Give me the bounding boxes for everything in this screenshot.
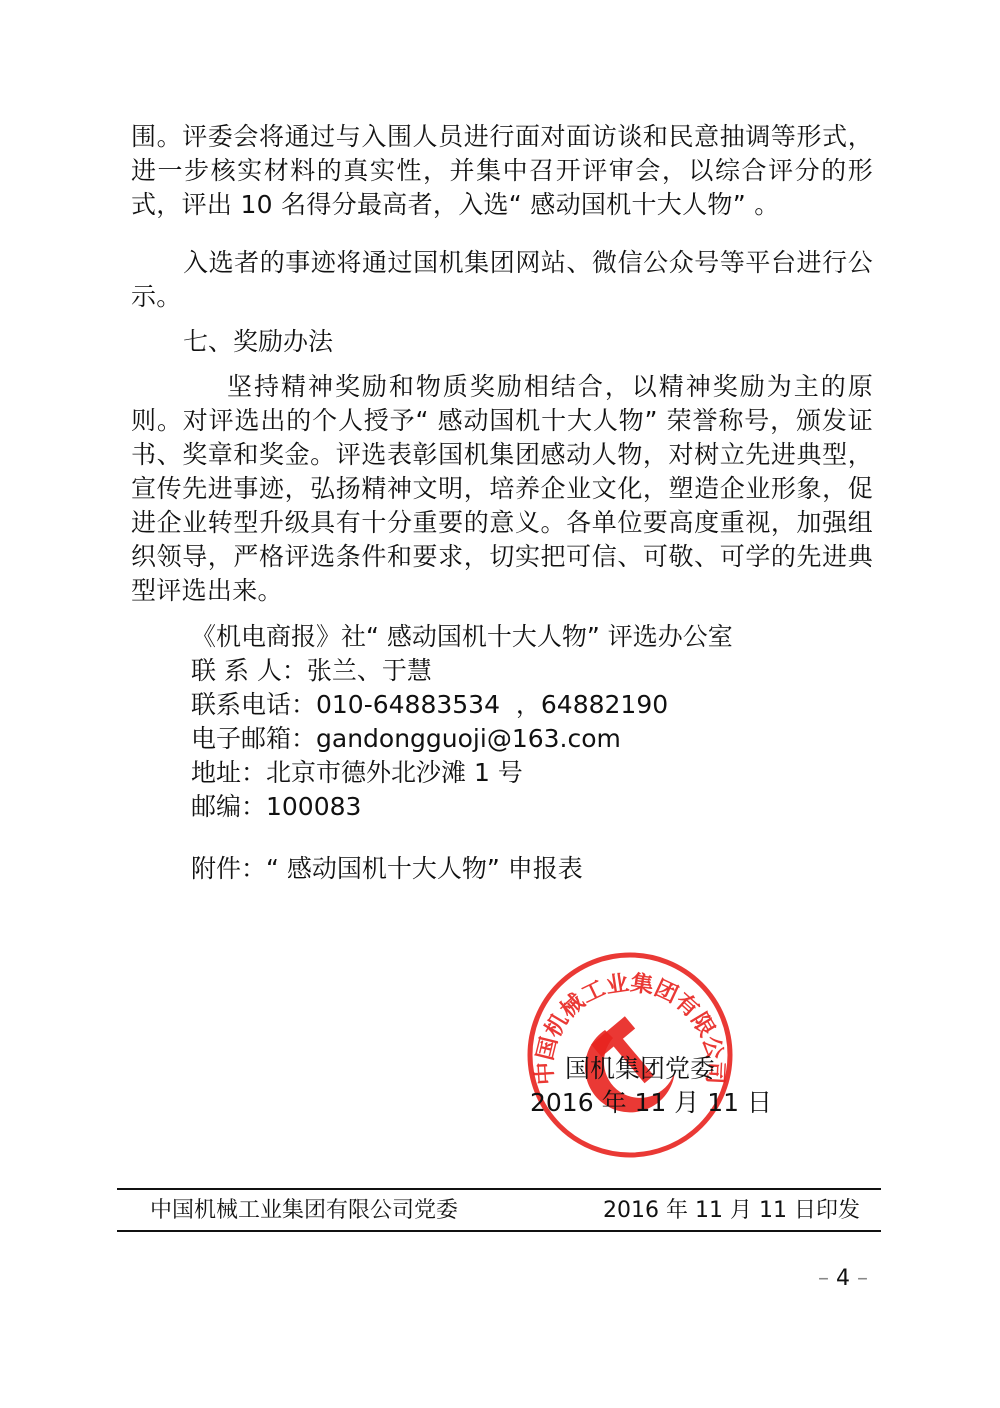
attachment-note: 附件：“ 感动国机十大人物” 申报表	[191, 852, 583, 886]
section-heading-rewards: 七、奖励办法	[183, 325, 333, 359]
page-number-dash-right: –	[850, 1266, 868, 1291]
paragraph-publicity: 入选者的事迹将通过国机集团网站、微信公众号等平台进行公示。	[131, 246, 873, 314]
footer-top-rule	[117, 1188, 881, 1190]
signature-date: 2016 年 11 月 11 日	[530, 1086, 770, 1120]
contact-postcode: 邮编：100083	[191, 790, 733, 824]
page-number-value: 4	[836, 1266, 850, 1291]
document-page: 围。评委会将通过与入围人员进行面对面访谈和民意抽调等形式，进一步核实材料的真实性…	[0, 0, 1000, 1408]
contact-address: 地址：北京市德外北沙滩 1 号	[191, 756, 733, 790]
page-number: – 4 –	[818, 1264, 868, 1294]
contact-email: 电子邮箱：gandongguoji@163.com	[191, 722, 733, 756]
signature-block: 国机集团党委 2016 年 11 月 11 日	[530, 1052, 770, 1120]
signature-organization: 国机集团党委	[530, 1052, 770, 1086]
footer-bottom-rule	[117, 1230, 881, 1232]
contact-person: 联 系 人：张兰、于慧	[191, 654, 733, 688]
contact-phone: 联系电话：010-64883534 ，64882190	[191, 688, 733, 722]
footer-issue-date: 2016 年 11 月 11 日印发	[603, 1196, 860, 1226]
page-number-dash-left: –	[818, 1266, 836, 1291]
paragraph-evaluation: 围。评委会将通过与入围人员进行面对面访谈和民意抽调等形式，进一步核实材料的真实性…	[131, 120, 873, 222]
contact-block: 《机电商报》社“ 感动国机十大人物” 评选办公室 联 系 人：张兰、于慧 联系电…	[191, 620, 733, 824]
contact-office: 《机电商报》社“ 感动国机十大人物” 评选办公室	[191, 620, 733, 654]
paragraph-rewards: 坚持精神奖励和物质奖励相结合，以精神奖励为主的原则。对评选出的个人授予“ 感动国…	[131, 370, 873, 608]
footer-issuer: 中国机械工业集团有限公司党委	[150, 1196, 458, 1226]
